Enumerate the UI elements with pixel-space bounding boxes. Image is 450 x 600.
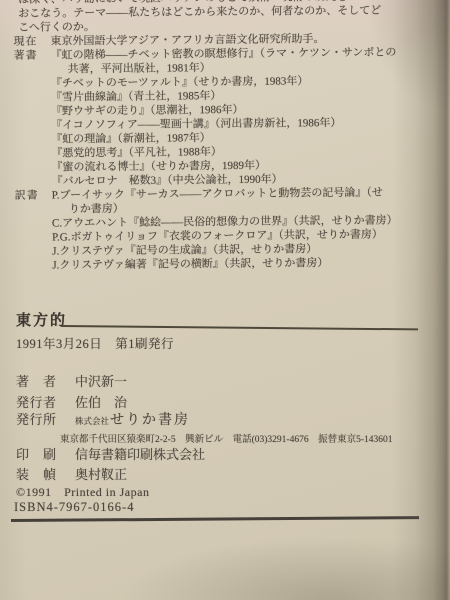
colophon-row-designer: 装 幀奥村靫正 — [16, 464, 127, 483]
book-list: 『虹の階梯——チベット密教の瞑想修行』（ラマ・ケツン・サンポとの共著，平河出版社… — [50, 46, 397, 189]
printer-name: 信毎書籍印刷株式会社 — [75, 447, 205, 462]
publisher-name: せりか書房 — [110, 413, 190, 428]
colophon-label: 発行所 — [16, 409, 58, 428]
colophon-row-printer: 印 刷信毎書籍印刷株式会社 — [16, 444, 205, 463]
colophon-label: 著 者 — [16, 371, 58, 390]
title-rule — [62, 325, 418, 330]
colophon-row-author: 著 者中沢新一 — [16, 371, 127, 390]
bio-section-label: 現在 — [13, 35, 45, 49]
author-name: 中沢新一 — [75, 374, 127, 389]
publisher-person-name: 佐伯 治 — [75, 395, 127, 410]
author-bio-block: は深く、バリ島において呪医バリアンのもとで妖術・呪術の研究をおこなう。テーマ——… — [0, 0, 426, 273]
bottom-rule — [11, 516, 419, 521]
colophon-label: 印 刷 — [16, 444, 58, 463]
bio-section-books: 著書 『虹の階梯——チベット密教の瞑想修行』（ラマ・ケツン・サンポとの共著，平河… — [0, 45, 425, 189]
translation-list: P.ブーイサック『サーカス——アクロバットと動物芸の記号論』（せりか書房）C.ア… — [52, 186, 398, 273]
publisher-address: 東京都千代田区猿楽町2-2-5 興新ビル 電話(03)3291-4676 振替東… — [60, 431, 392, 445]
book-colophon-page-photo: は深く、バリ島において呪医バリアンのもとで妖術・呪術の研究をおこなう。テーマ——… — [0, 0, 450, 600]
book-title: 東方的 — [16, 309, 67, 330]
bio-section-label: 訳書 — [15, 189, 48, 273]
bio-section-translations: 訳書 P.ブーイサック『サーカス——アクロバットと動物芸の記号論』（せりか書房）… — [2, 185, 427, 273]
copyright-line: ©1991 Printed in Japan — [16, 483, 149, 500]
colophon-label: 装 幀 — [16, 464, 58, 483]
translation-list-line: J.クリステヴァ編著『記号の横断』（共訳，せりか書房） — [52, 256, 398, 273]
publisher-corporate-prefix: 株式会社 — [75, 416, 109, 426]
bio-paragraph: は深く、バリ島において呪医バリアンのもとで妖術・呪術の研究をおこなう。テーマ——… — [0, 0, 424, 35]
bio-section-label: 著書 — [13, 49, 46, 189]
colophon-row-publisher: 発行所株式会社せりか書房 — [16, 409, 190, 429]
designer-name: 奥村靫正 — [75, 467, 127, 482]
edition-date-line: 1991年3月26日 第1刷発行 — [16, 334, 174, 352]
isbn-line: ISBN4-7967-0166-4 — [14, 500, 134, 515]
